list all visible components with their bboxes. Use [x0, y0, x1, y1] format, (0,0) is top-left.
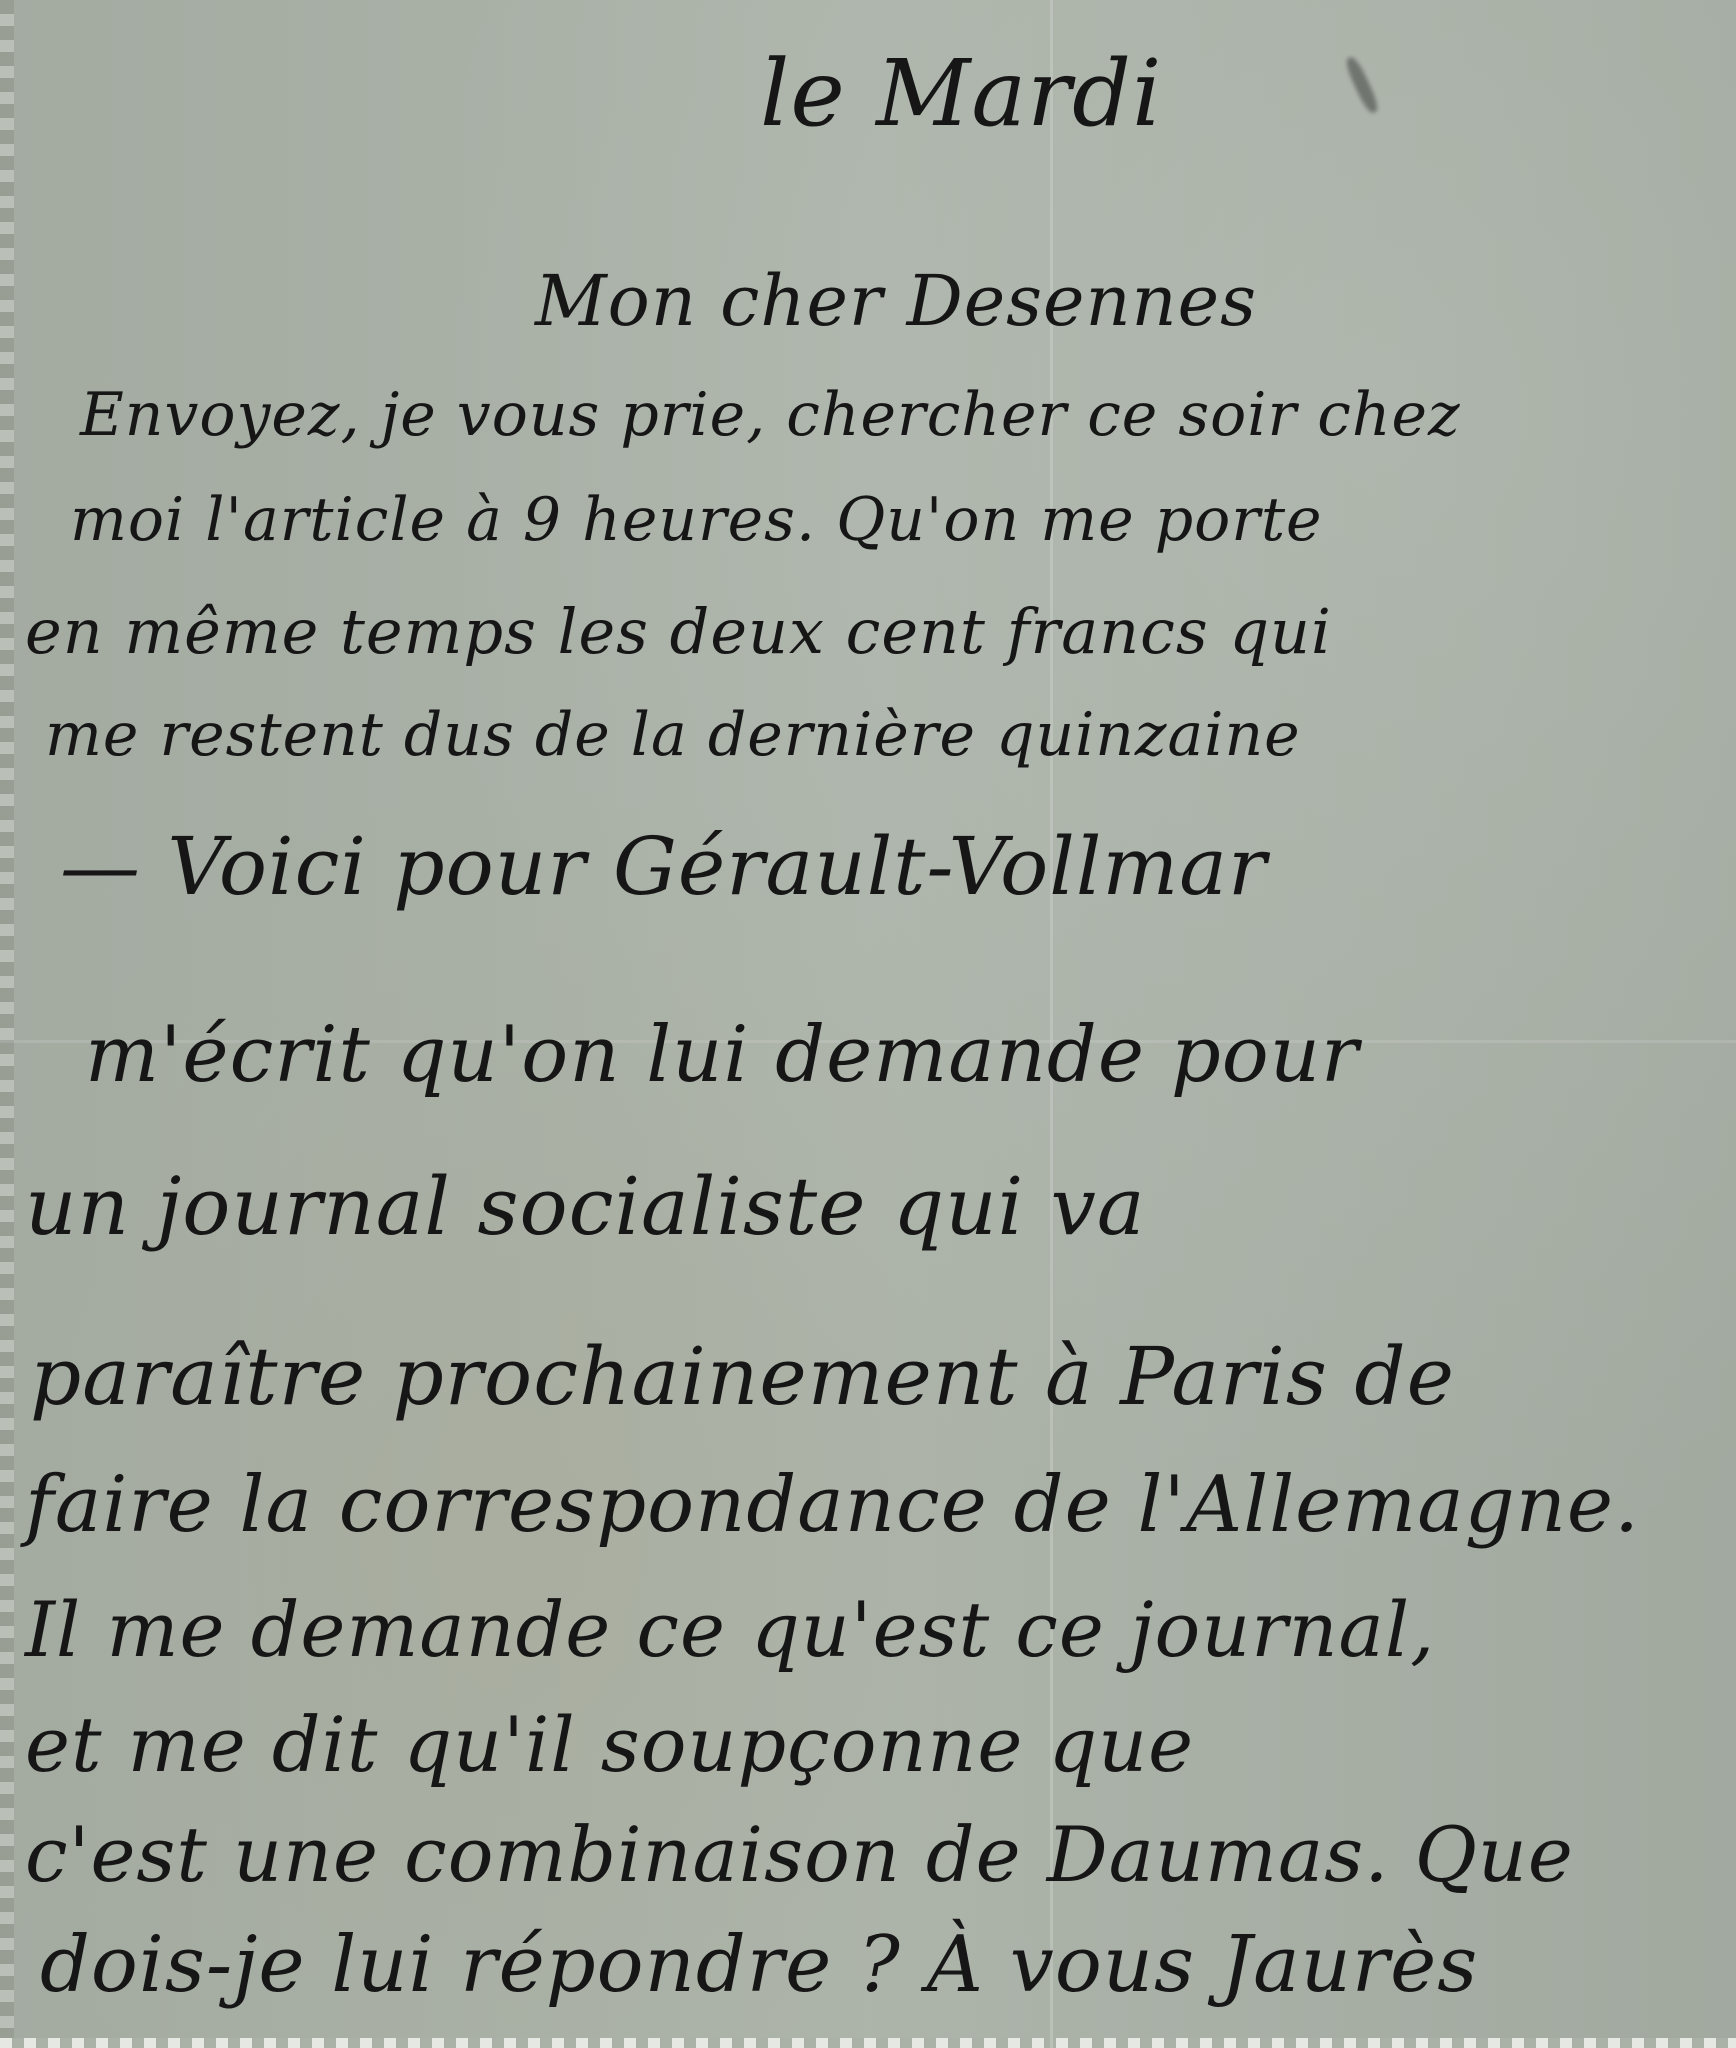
perforated-left-edge — [0, 0, 14, 2048]
body-line-5: — Voici pour Gérault-Vollmar — [60, 820, 1267, 913]
body-line-11: et me dit qu'il soupçonne que — [25, 1700, 1194, 1789]
perforated-bottom-edge — [0, 2038, 1736, 2048]
body-line-6: m'écrit qu'on lui demande pour — [85, 1010, 1359, 1100]
body-line-9: faire la correspondance de l'Allemagne. — [25, 1460, 1640, 1550]
body-line-10: Il me demande ce qu'est ce journal, — [25, 1585, 1435, 1674]
body-line-2: moi l'article à 9 heures. Qu'on me porte — [70, 485, 1323, 555]
body-line-8: paraître prochainement à Paris de — [30, 1330, 1455, 1423]
body-line-4: me restent dus de la dernière quinzaine — [45, 700, 1301, 770]
body-line-7: un journal socialiste qui va — [25, 1160, 1146, 1253]
body-line-3: en même temps les deux cent francs qui — [25, 595, 1332, 668]
ink-smudge — [1343, 55, 1381, 115]
letter-paper: le Mardi Mon cher Desennes Envoyez, je v… — [0, 0, 1736, 2048]
body-line-12: c'est une combinaison de Daumas. Que — [25, 1810, 1574, 1899]
date-line: le Mardi — [760, 40, 1162, 147]
body-line-1: Envoyez, je vous prie, chercher ce soir … — [80, 380, 1461, 450]
body-line-13-with-signature: dois-je lui répondre ? À vous Jaurès — [40, 1920, 1478, 2010]
salutation: Mon cher Desennes — [535, 260, 1257, 342]
